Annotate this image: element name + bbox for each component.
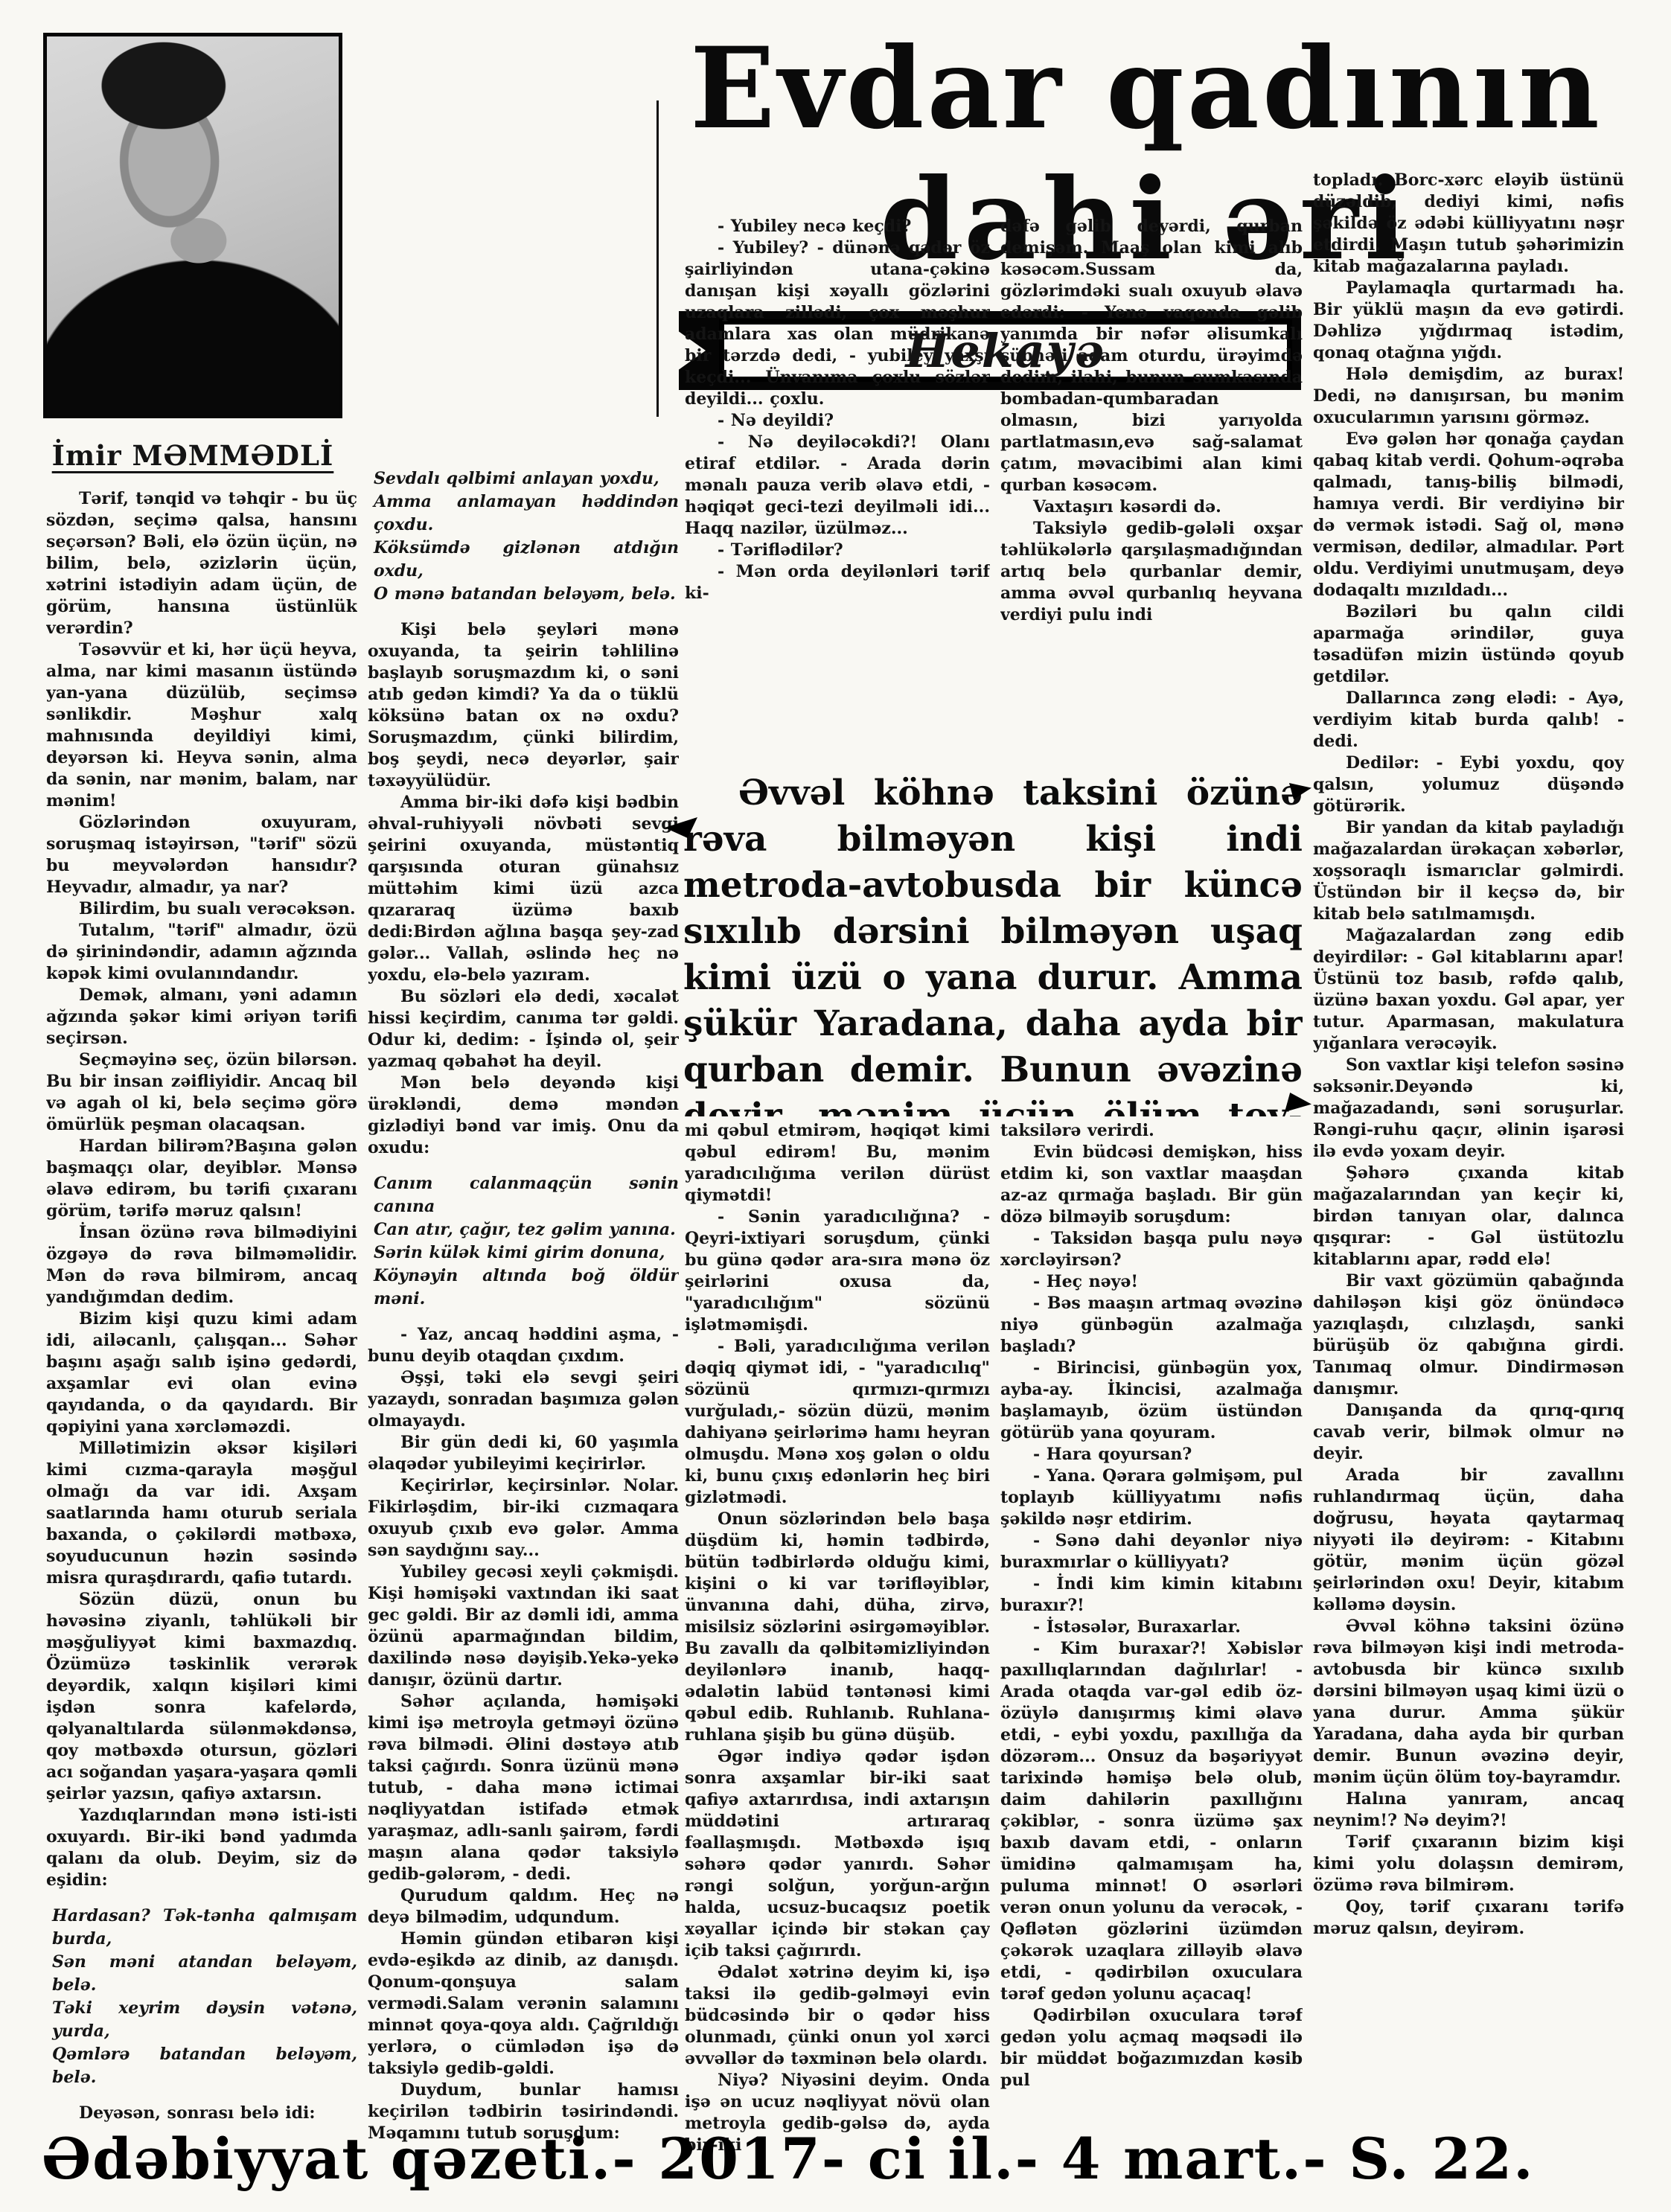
paragraph: Ədalət xətrinə deyim ki, işə taksi ilə g… <box>685 1962 990 2070</box>
paragraph: topladı. Borc-xərc eləyib üstünü düzəldi… <box>1313 170 1624 278</box>
paragraph: Təsəvvür et ki, hər üçü heyva, alma, nar… <box>46 639 357 812</box>
paragraph: Paylamaqla qurtarmadı ha. Bir yüklü maşı… <box>1313 278 1624 364</box>
paragraph: Əgər indiyə qədər işdən sonra axşamlar b… <box>685 1746 990 1962</box>
paragraph: Sözün düzü, onun bu həvəsinə ziyanlı, tə… <box>46 1589 357 1805</box>
paragraph: Əvvəl köhnə taksini özünə rəva bilməyən … <box>1313 1616 1624 1789</box>
paragraph: Vaxtaşırı kəsərdi də. <box>1000 496 1303 518</box>
text-column-3-top: - Yubiley necə keçdi?- Yubiley? - dünənə… <box>685 216 990 770</box>
paragraph: Evə gələn hər qonağa çaydan qabaq kitab … <box>1313 429 1624 601</box>
paragraph: Yazdıqlarından mənə isti-isti oxuyardı. … <box>46 1805 357 1891</box>
paragraph: Taksiylə gedib-gələli oxşar təhlükələrlə… <box>1000 518 1303 626</box>
paragraph: Arada bir zavallını ruhlandırmaq üçün, d… <box>1313 1465 1624 1616</box>
paragraph: Həmin gündən etibarən kişi evdə-eşikdə a… <box>368 1928 679 2080</box>
paragraph: Danışanda da qırıq-qırıq cavab verir, bi… <box>1313 1400 1624 1465</box>
paragraph: Bizim kişi quzu kimi adam idi, ailəcanlı… <box>46 1308 357 1438</box>
paragraph: - Yubiley necə keçdi? <box>685 216 990 237</box>
paragraph: Şəhərə çıxanda kitab mağazalarından yan … <box>1313 1163 1624 1270</box>
paragraph: Mağazalardan zəng edib deyirdilər: - Gəl… <box>1313 925 1624 1055</box>
paragraph: Səhər açılanda, həmişəki kimi işə metroy… <box>368 1691 679 1885</box>
paragraph: Qədirbilən oxuculara tərəf gedən yolu aç… <box>1000 2005 1303 2091</box>
paragraph: Kişi belə şeyləri mənə oxuyanda, ta şeir… <box>368 619 679 792</box>
paragraph: Keçirirlər, keçirsinlər. Nolar. Fikirləş… <box>368 1475 679 1561</box>
text-column-4-top: dəfə gəlib deyərdi, qurban demişəm. Maaş… <box>1000 216 1303 770</box>
newspaper-page: Evdar qadının dahi əri Hekayə İmir MƏMMƏ… <box>0 0 1671 2212</box>
paragraph: - Nə deyildi? <box>685 410 990 432</box>
paragraph: - Sənin yaradıcılığına? - Qeyri-ixtiyari… <box>685 1206 990 1336</box>
paragraph: Onun sözlərindən belə başa düşdüm ki, hə… <box>685 1509 990 1746</box>
paragraph: Amma bir-iki dəfə kişi bədbin əhval-ruhi… <box>368 792 679 986</box>
paragraph: taksilərə verirdi. <box>1000 1120 1303 1142</box>
paragraph: - Yana. Qərara gəlmişəm, pul toplayıb kü… <box>1000 1465 1303 1530</box>
paragraph: Seçməyinə seç, özün bilərsən. Bu bir ins… <box>46 1049 357 1136</box>
paragraph: mi qəbul etmirəm, həqiqət kimi qəbul edi… <box>685 1120 990 1206</box>
poem-stanza: Canım calanmaqçün sənin canınaCan atır, … <box>374 1172 679 1311</box>
pull-quote: Əvvəl köhnə taksini özünə rəva bilməyən … <box>683 770 1303 1116</box>
paragraph: Tutalım, "tərif" almadır, özü də şirinin… <box>46 920 357 985</box>
paragraph: Bilirdim, bu sualı verəcəksən. <box>46 898 357 920</box>
pull-quote-text: Əvvəl köhnə taksini özünə rəva bilməyən … <box>683 770 1303 1116</box>
paragraph: - Bəli, yaradıcılığıma verilən dəqiq qiy… <box>685 1336 990 1509</box>
paragraph: - İstəsələr, Buraxarlar. <box>1000 1617 1303 1638</box>
paragraph: Millətimizin əksər kişiləri kimi cızma-q… <box>46 1438 357 1589</box>
paragraph: - Yubiley? - dünənə qədər öz şairliyində… <box>685 237 990 410</box>
paragraph: Demək, almanı, yəni adamın ağzında şəkər… <box>46 985 357 1049</box>
paragraph: Mən belə deyəndə kişi ürəkləndi, demə mə… <box>368 1073 679 1159</box>
paragraph: Yubiley gecəsi xeyli çəkmişdi. Kişi həmi… <box>368 1561 679 1691</box>
paragraph: - Hara qoyursan? <box>1000 1444 1303 1465</box>
author-photo <box>43 33 342 418</box>
paragraph: Dallarınca zəng elədi: - Ayə, verdiyim k… <box>1313 688 1624 752</box>
paragraph: - Birincisi, günbəgün yox, ayba-ay. İkin… <box>1000 1358 1303 1444</box>
article-title-line1: Evdar qadının <box>648 30 1645 147</box>
paragraph: - Sənə dahi deyənlər niyə buraxmırlar o … <box>1000 1530 1303 1573</box>
paragraph: Bir yandan da kitab payladığı mağazalard… <box>1313 817 1624 925</box>
paragraph: - Taksidən başqa pulu nəyə xərcləyirsən? <box>1000 1228 1303 1271</box>
paragraph: Evin büdcəsi demişkən, hiss etdim ki, so… <box>1000 1142 1303 1228</box>
paragraph: Bir gün dedi ki, 60 yaşımla əlaqədər yub… <box>368 1432 679 1475</box>
newspaper-citation: Ədəbiyyat qəzeti.- 2017- ci il.- 4 mart.… <box>42 2126 1627 2192</box>
paragraph: - Kim buraxar?! Xəbislər paxıllıqlarında… <box>1000 1638 1303 2005</box>
paragraph: Halına yanıram, ancaq neynim!? Nə deyim?… <box>1313 1789 1624 1832</box>
paragraph: Əşşi, təki elə sevgi şeiri yazaydı, sonr… <box>368 1367 679 1432</box>
paragraph: - Bəs maaşın artmaq əvəzinə niyə günbəgü… <box>1000 1293 1303 1358</box>
paragraph: - Təriflədilər? <box>685 540 990 561</box>
text-column-5: topladı. Borc-xərc eləyib üstünü düzəldi… <box>1313 170 1624 2172</box>
text-column-1: Tərif, tənqid və təhqir - bu üç sözdən, … <box>46 488 357 2137</box>
poem-stanza: Sevdalı qəlbimi anlayan yoxdu,Amma anlam… <box>374 467 679 606</box>
paragraph: Bir vaxt gözümün qabağında dahiləşən kiş… <box>1313 1270 1624 1400</box>
paragraph: Qurudum qaldım. Heç nə deyə bilmədim, ud… <box>368 1885 679 1928</box>
text-column-4-bottom: taksilərə verirdi.Evin büdcəsi demişkən,… <box>1000 1120 1303 2166</box>
poem-stanza: Hardasan? Tək-tənha qalmışam burda,Sən m… <box>52 1905 357 2089</box>
text-column-2: Sevdalı qəlbimi anlayan yoxdu,Amma anlam… <box>368 454 679 2170</box>
paragraph: - Heç nəyə! <box>1000 1271 1303 1293</box>
paragraph: Gözlərindən oxuyuram, soruşmaq istəyirsə… <box>46 812 357 898</box>
paragraph: - Yaz, ancaq həddini aşma, - bunu deyib … <box>368 1324 679 1367</box>
paragraph: dəfə gəlib deyərdi, qurban demişəm. Maaş… <box>1000 216 1303 496</box>
paragraph: Hələ demişdim, az burax! Dedi, nə danışı… <box>1313 364 1624 429</box>
paragraph: Hardan bilirəm?Başına gələn başmaqçı ola… <box>46 1136 357 1222</box>
paragraph: Qoy, tərif çıxaranı tərifə məruz qalsın,… <box>1313 1896 1624 1940</box>
paragraph: - Nə deyiləcəkdi?! Olanı etiraf etdilər.… <box>685 432 990 540</box>
paragraph: Tərif, tənqid və təhqir - bu üç sözdən, … <box>46 488 357 639</box>
text-column-3-bottom: mi qəbul etmirəm, həqiqət kimi qəbul edi… <box>685 1120 990 2166</box>
paragraph: Bu sözləri elə dedi, xəcalət hissi keçir… <box>368 986 679 1073</box>
paragraph: İnsan özünə rəva bilmədiyini özgəyə də r… <box>46 1222 357 1308</box>
author-name: İmir MƏMMƏDLİ <box>43 439 342 472</box>
paragraph: - Mən orda deyilənləri tərif ki- <box>685 561 990 604</box>
paragraph: - İndi kim kimin kitabını buraxır?! <box>1000 1573 1303 1617</box>
paragraph: Bəziləri bu qalın cildi aparmağa ərindil… <box>1313 601 1624 688</box>
paragraph: Son vaxtlar kişi telefon səsinə səksənir… <box>1313 1055 1624 1163</box>
paragraph: Dedilər: - Eybi yoxdu, qoy qalsın, yolum… <box>1313 752 1624 817</box>
paragraph: Deyəsən, sonrası belə idi: <box>46 2103 357 2124</box>
paragraph: Tərif çıxaranın bizim kişi kimi yolu dol… <box>1313 1832 1624 1896</box>
